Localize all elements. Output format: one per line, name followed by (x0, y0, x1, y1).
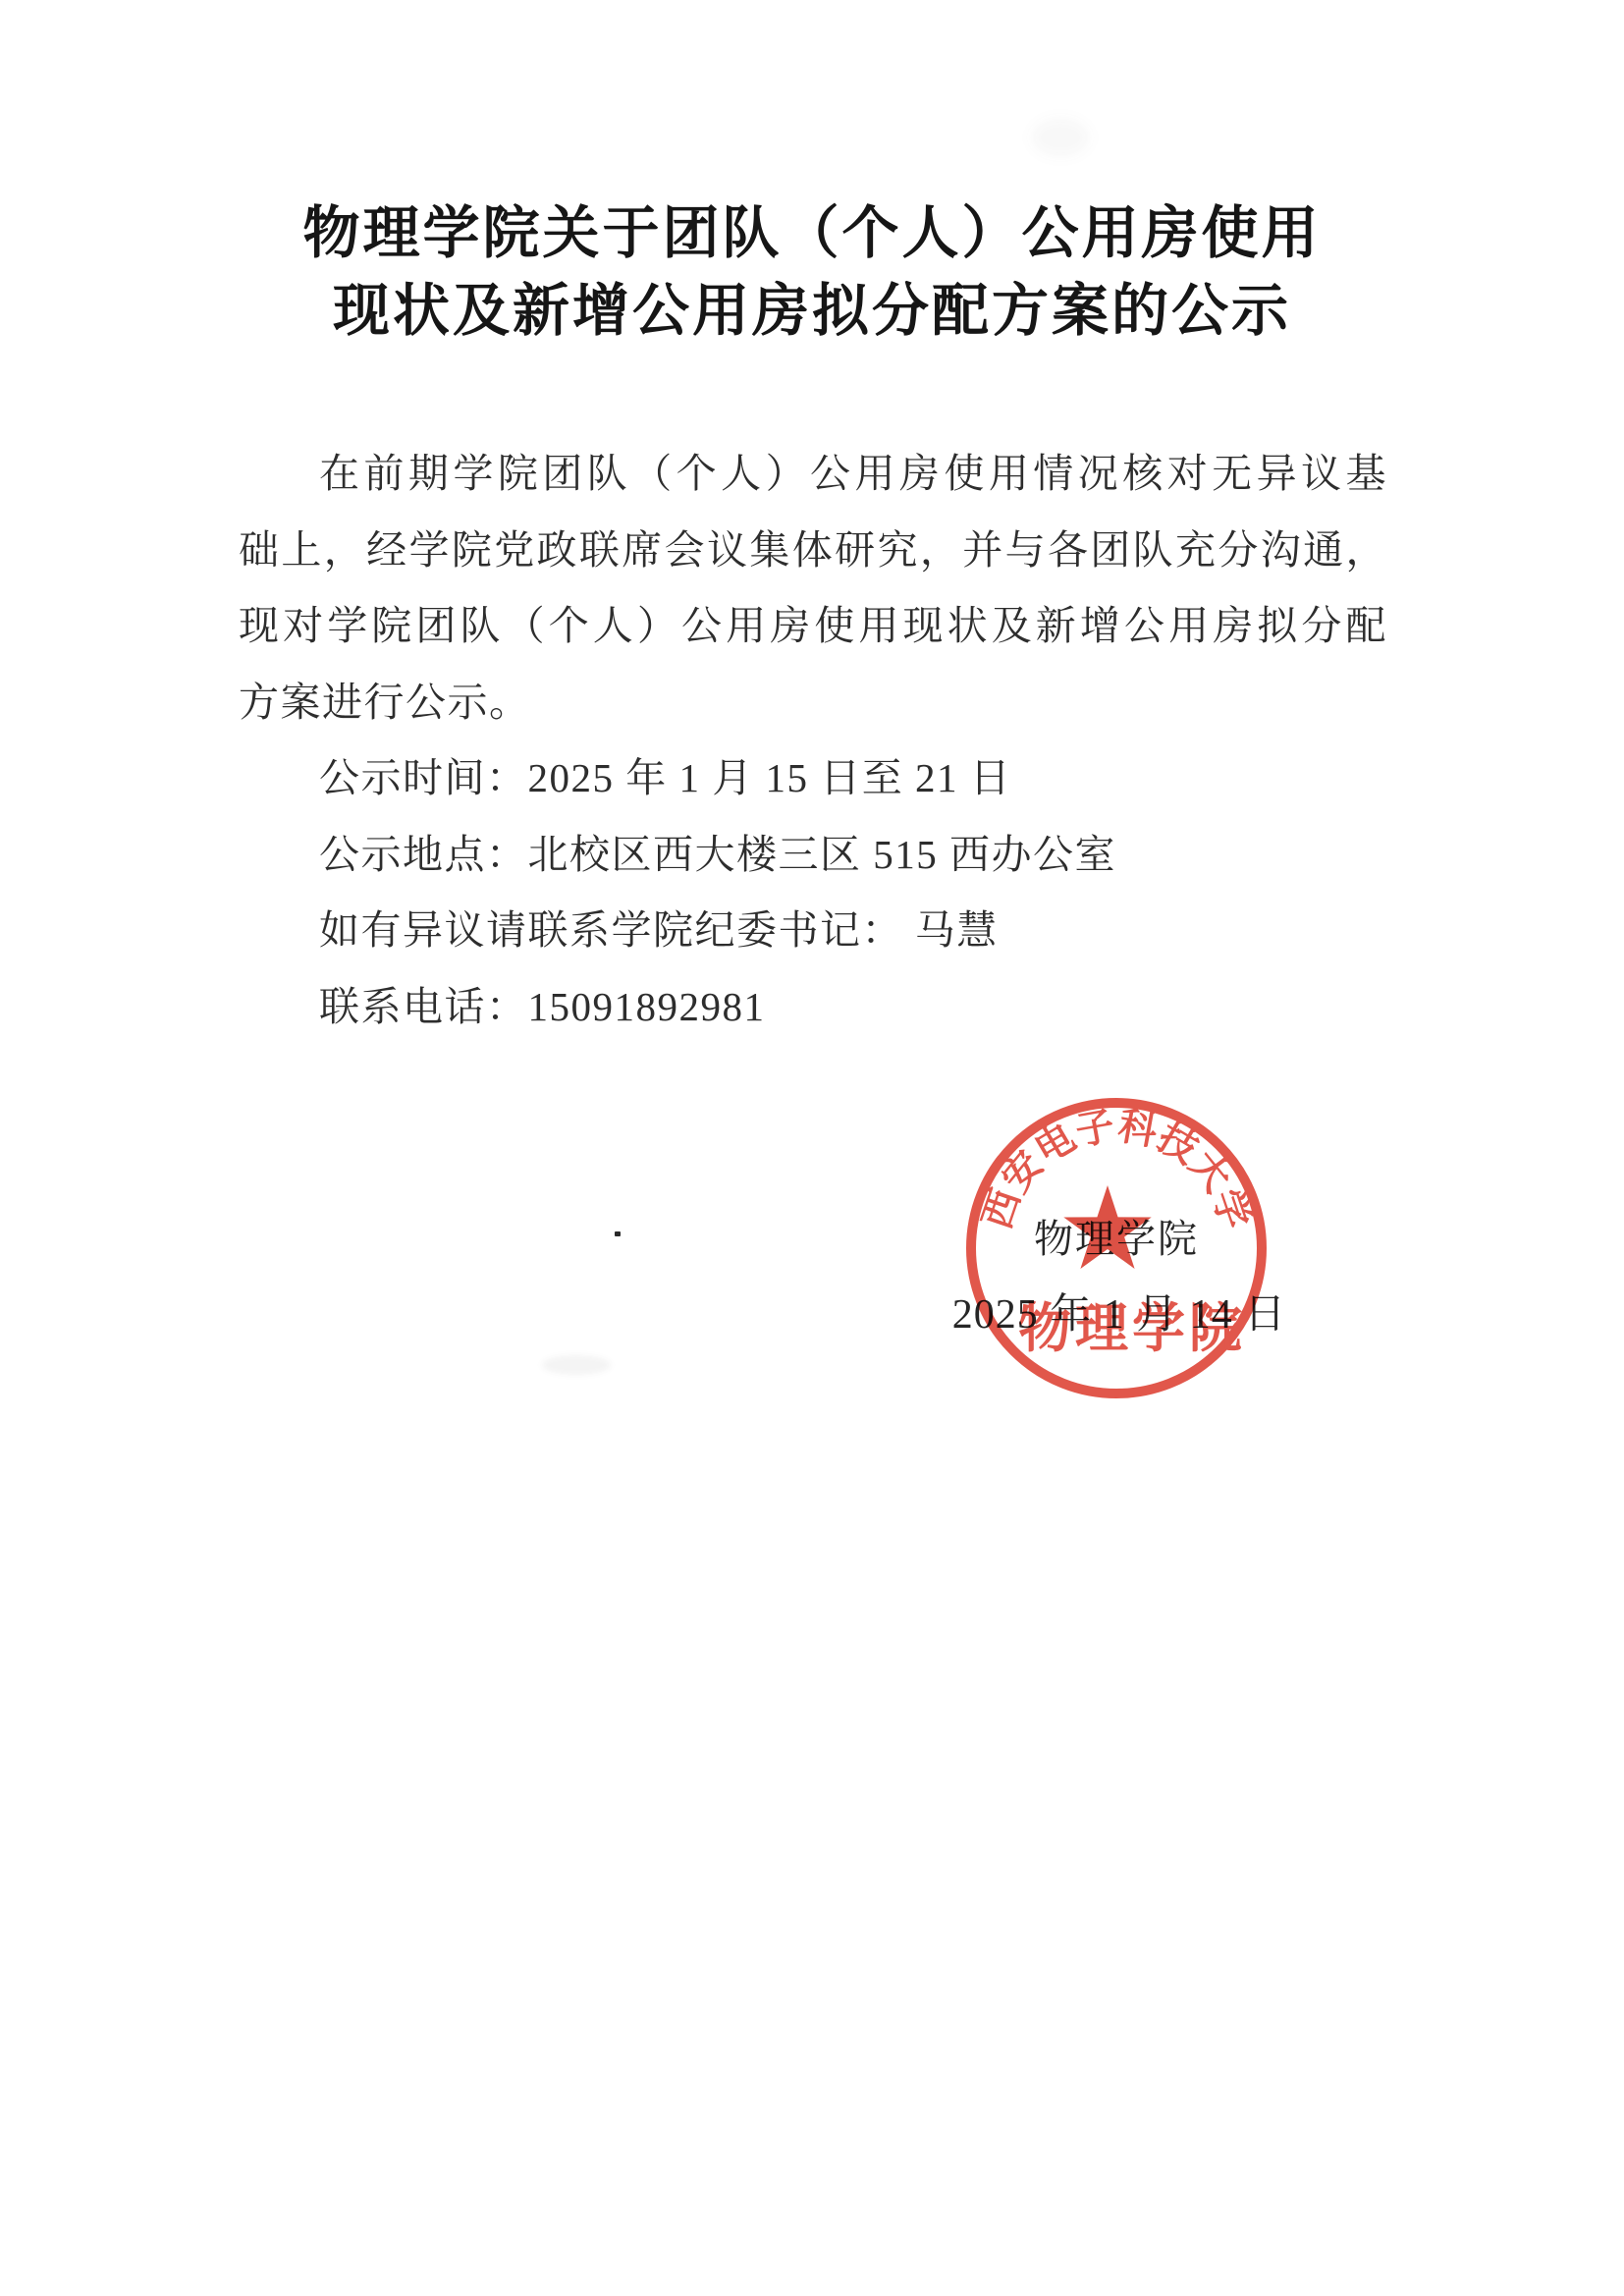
title-line-1: 物理学院关于团队（个人）公用房使用 (0, 194, 1624, 272)
info-line-publicity-time: 公示时间：2025 年 1 月 15 日至 21 日 (239, 740, 1387, 817)
document-body: 在前期学院团队（个人）公用房使用情况核对无异议基 础上，经学院党政联席会议集体研… (239, 436, 1387, 1045)
star-icon (1063, 1185, 1151, 1269)
info-line-phone-number: 联系电话：15091892981 (239, 969, 1387, 1046)
paragraph-line: 方案进行公示。 (239, 665, 1387, 741)
document-title: 物理学院关于团队（个人）公用房使用 现状及新增公用房拟分配方案的公示 (0, 194, 1624, 350)
scan-smudge (542, 1355, 611, 1375)
paragraph-line: 础上，经学院党政联席会议集体研究，并与各团队充分沟通， (239, 513, 1387, 589)
scan-smudge (1031, 118, 1090, 157)
title-line-2: 现状及新增公用房拟分配方案的公示 (0, 272, 1624, 350)
paragraph-line: 在前期学院团队（个人）公用房使用情况核对无异议基 (239, 436, 1387, 513)
info-line-publicity-location: 公示地点：北校区西大楼三区 515 西办公室 (239, 817, 1387, 894)
official-seal: 西安电子科技大学 物理学院 (959, 1091, 1273, 1405)
paragraph-line: 现对学院团队（个人）公用房使用现状及新增公用房拟分配 (239, 588, 1387, 665)
seal-bottom-text: 物理学院 (1018, 1299, 1246, 1358)
info-line-objection-contact: 如有异议请联系学院纪委书记： 马慧 (239, 893, 1387, 969)
document-page: 物理学院关于团队（个人）公用房使用 现状及新增公用房拟分配方案的公示 在前期学院… (0, 0, 1624, 2296)
scan-speck (615, 1231, 621, 1236)
